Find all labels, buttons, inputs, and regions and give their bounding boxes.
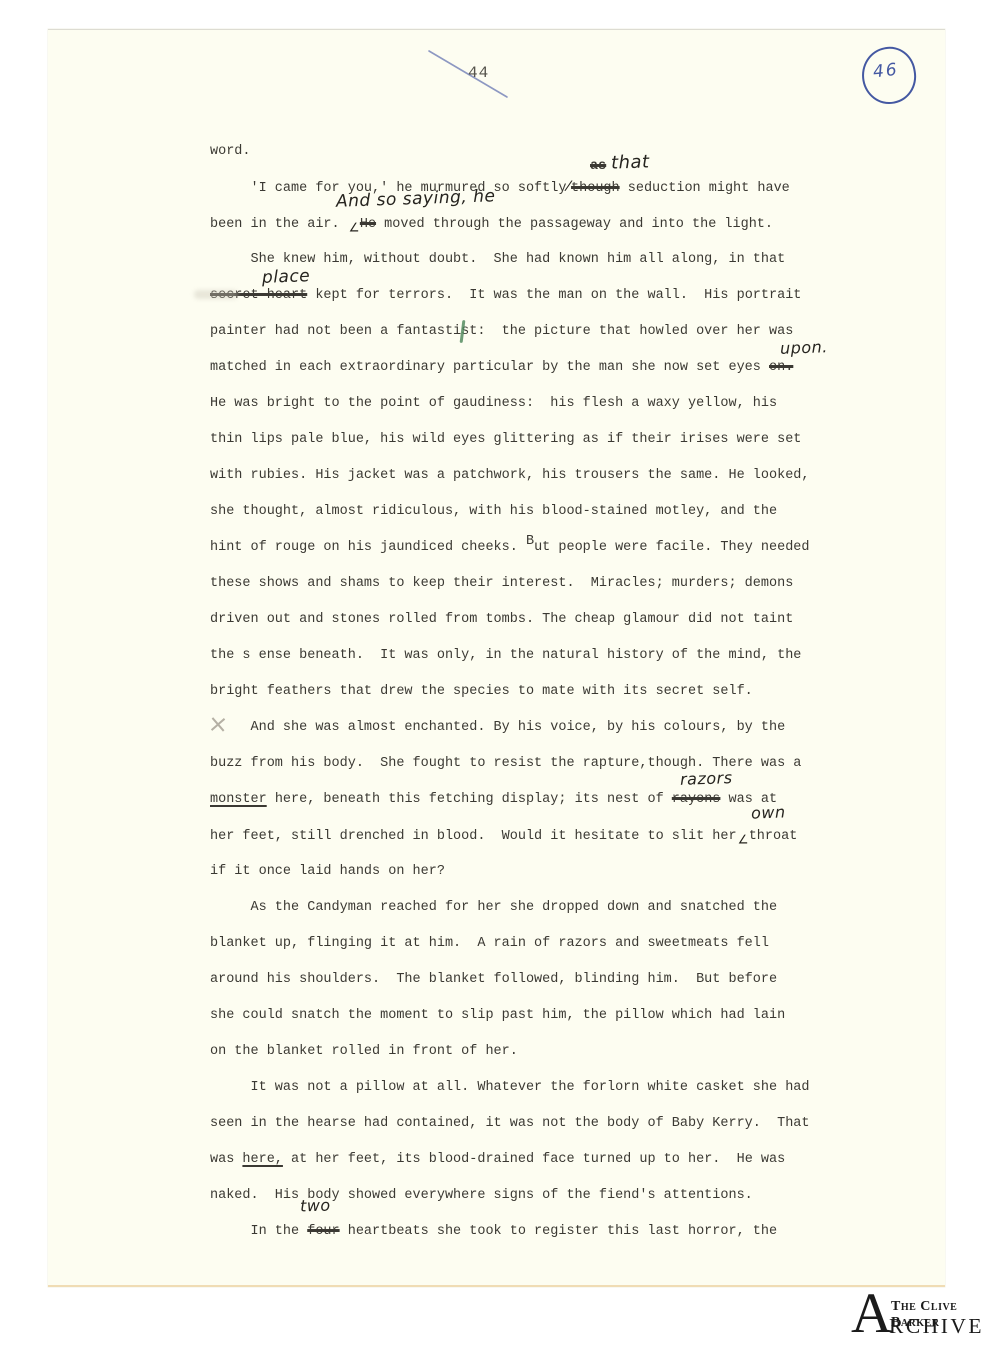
typed-line: hint of rouge on his jaundiced cheeks. B… — [210, 539, 890, 575]
typed-text: if it once laid hands on her? — [210, 864, 445, 879]
typescript-body: word. 'I came for you,' he murmured so s… — [210, 143, 890, 1259]
typed-line: word. — [210, 143, 890, 179]
typed-text: around his shoulders. The blanket follow… — [210, 972, 777, 987]
typed-struck-insertion: as — [590, 158, 606, 175]
typed-text: blanket up, flinging it at him. A rain o… — [210, 936, 769, 951]
typed-text: In the — [210, 1224, 307, 1239]
typed-line: And she was almost enchanted. By his voi… — [210, 719, 890, 755]
typed-line: the s ense beneath. It was only, in the … — [210, 647, 890, 683]
typed-line: monster here, beneath this fetching disp… — [210, 791, 890, 827]
struck-text: four — [307, 1224, 339, 1239]
typed-line: been in the air. ∠He moved through the p… — [210, 215, 890, 251]
struck-text: rayons — [672, 792, 721, 807]
archive-logo-initial: A — [851, 1289, 892, 1339]
page-number: 44 — [468, 64, 489, 82]
typed-line: these shows and shams to keep their inte… — [210, 575, 890, 611]
typed-text: word. — [210, 144, 251, 159]
struck-text: He — [360, 217, 376, 232]
archive-logo-bottom-line: RCHIVE — [889, 1314, 984, 1339]
typed-line: She knew him, without doubt. She had kno… — [210, 251, 890, 287]
typed-line: was here, at her feet, its blood-drained… — [210, 1151, 890, 1187]
eraser-smudge — [194, 290, 238, 299]
typed-text: It was not a pillow at all. Whatever the… — [210, 1080, 810, 1095]
handwritten-correction: two — [300, 1196, 331, 1214]
typed-text: moved through the passageway and into th… — [376, 217, 773, 232]
typed-text: ut people were facile. They needed — [534, 540, 809, 555]
typed-text: naked. His body showed everywhere signs … — [210, 1188, 753, 1203]
typed-line: blanket up, flinging it at him. A rain o… — [210, 935, 890, 971]
typed-text: driven out and stones rolled from tombs.… — [210, 612, 793, 627]
typed-text: with rubies. His jacket was a patchwork,… — [210, 468, 810, 483]
handwritten-correction: upon. — [780, 338, 828, 357]
typed-text: been in the air. — [210, 217, 348, 232]
corner-annotation-value: 46 — [872, 60, 900, 83]
insertion-caret-mark: ∠ — [737, 833, 748, 848]
typed-text: bright feathers that drew the species to… — [210, 684, 753, 699]
raised-letter: B — [526, 534, 534, 549]
typed-text: As the Candyman reached for her she drop… — [210, 900, 777, 915]
handwritten-correction: razors — [680, 769, 733, 788]
struck-text: on. — [769, 360, 793, 375]
typed-line: thin lips pale blue, his wild eyes glitt… — [210, 431, 890, 467]
typed-text: at her feet, its blood-drained face turn… — [283, 1152, 785, 1167]
typed-text: was — [210, 1152, 242, 1167]
typed-text: painter had not been a fantastist: the p… — [210, 324, 793, 339]
typed-text: He was bright to the point of gaudiness:… — [210, 396, 777, 411]
typed-text: seduction might have — [620, 181, 790, 196]
typed-text: And she was almost enchanted. By his voi… — [210, 720, 785, 735]
typed-text: these shows and shams to keep their inte… — [210, 576, 793, 591]
typed-text: on the blanket rolled in front of her. — [210, 1044, 518, 1059]
typed-text: the s ense beneath. It was only, in the … — [210, 648, 801, 663]
typed-line: she could snatch the moment to slip past… — [210, 1007, 890, 1043]
typed-line: As the Candyman reached for her she drop… — [210, 899, 890, 935]
typed-line: around his shoulders. The blanket follow… — [210, 971, 890, 1007]
typed-line: with rubies. His jacket was a patchwork,… — [210, 467, 890, 503]
typed-text: she thought, almost ridiculous, with his… — [210, 504, 777, 519]
typed-text: throat — [749, 829, 798, 844]
typed-text: her feet, still drenched in blood. Would… — [210, 829, 737, 844]
underlined-text: here, — [242, 1152, 283, 1167]
circled-page-annotation: 46 — [860, 45, 918, 103]
typed-line: if it once laid hands on her? — [210, 863, 890, 899]
typed-line: 'I came for you,' he murmured so softly∕… — [210, 179, 890, 215]
typed-line: In the four heartbeats she took to regis… — [210, 1223, 890, 1259]
typed-line: buzz from his body. She fought to resist… — [210, 755, 890, 791]
typed-text: hint of rouge on his jaundiced cheeks. — [210, 540, 526, 555]
typed-line: her feet, still drenched in blood. Would… — [210, 827, 890, 863]
typed-line: bright feathers that drew the species to… — [210, 683, 890, 719]
typed-text: She knew him, without doubt. She had kno… — [210, 252, 785, 267]
underlined-text: monster — [210, 792, 267, 807]
typed-line: seen in the hearse had contained, it was… — [210, 1115, 890, 1151]
handwritten-correction: own — [751, 803, 786, 821]
typed-text: seen in the hearse had contained, it was… — [210, 1116, 810, 1131]
typed-line: driven out and stones rolled from tombs.… — [210, 611, 890, 647]
handwritten-correction: place — [262, 268, 311, 287]
typed-text: here, beneath this fetching display; its… — [267, 792, 672, 807]
struck-text: though — [571, 181, 620, 196]
typed-line: He was bright to the point of gaudiness:… — [210, 395, 890, 431]
typed-text: thin lips pale blue, his wild eyes glitt… — [210, 432, 801, 447]
typed-line: matched in each extraordinary particular… — [210, 359, 890, 395]
typed-text: she could snatch the moment to slip past… — [210, 1008, 785, 1023]
archive-logo: A The Clive Barker RCHIVE — [851, 1291, 997, 1349]
handwritten-correction: that — [611, 153, 650, 171]
pencil-x-mark: × — [207, 715, 228, 733]
typed-line: she thought, almost ridiculous, with his… — [210, 503, 890, 539]
typed-text: matched in each extraordinary particular… — [210, 360, 769, 375]
typed-line: It was not a pillow at all. Whatever the… — [210, 1079, 890, 1115]
typed-text: kept for terrors. It was the man on the … — [307, 288, 801, 303]
typed-text: heartbeats she took to register this las… — [340, 1224, 777, 1239]
typed-line: on the blanket rolled in front of her. — [210, 1043, 890, 1079]
insertion-caret-mark: ∠ — [348, 221, 359, 236]
typed-line: secret heart kept for terrors. It was th… — [210, 287, 890, 323]
